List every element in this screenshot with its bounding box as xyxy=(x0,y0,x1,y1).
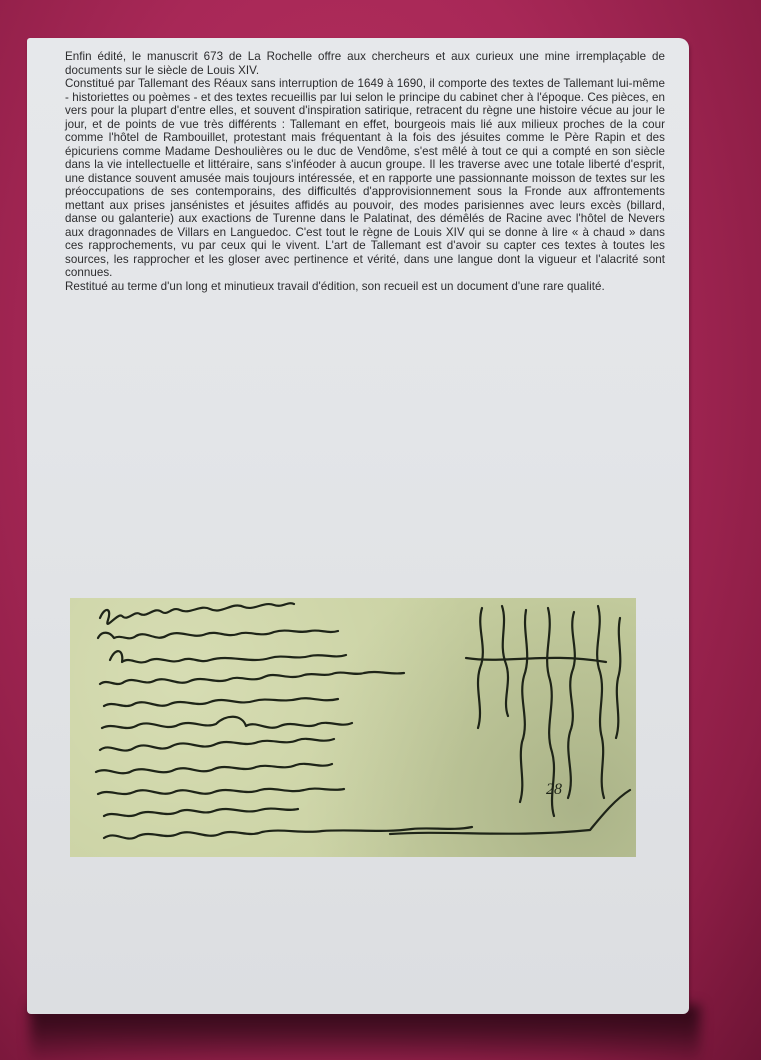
handwriting-illustration: 28 xyxy=(70,598,636,857)
back-cover-blurb: Enfin édité, le manuscrit 673 de La Roch… xyxy=(65,50,665,293)
manuscript-facsimile-image: 28 xyxy=(70,598,636,857)
blurb-paragraph-intro: Enfin édité, le manuscrit 673 de La Roch… xyxy=(65,50,665,77)
marginal-number: 28 xyxy=(546,781,562,798)
book-back-cover: Enfin édité, le manuscrit 673 de La Roch… xyxy=(27,38,689,1014)
blurb-paragraph-conclusion: Restitué au terme d'un long et minutieux… xyxy=(65,280,665,294)
blurb-paragraph-body: Constitué par Tallemant des Réaux sans i… xyxy=(65,77,665,280)
